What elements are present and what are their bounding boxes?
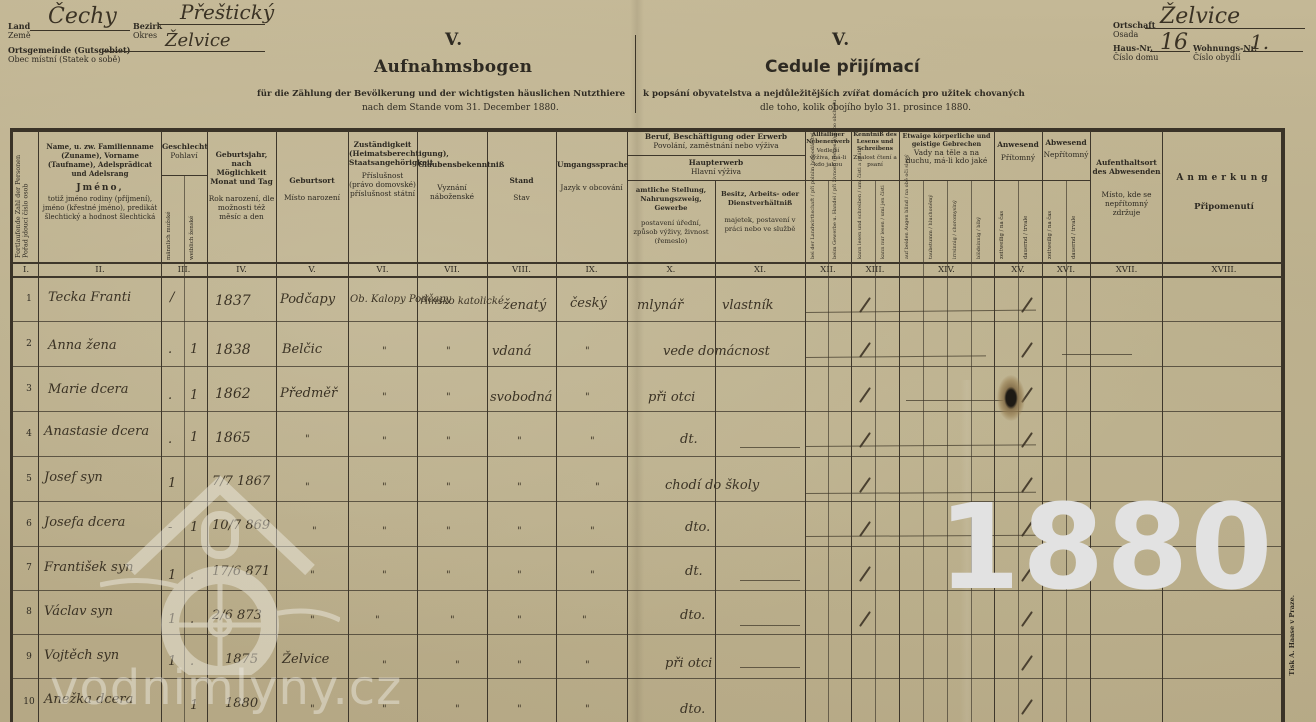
domicile: " [382, 482, 387, 493]
domicile: " [382, 570, 387, 581]
col-XVI-number: XVI. [1043, 265, 1089, 275]
title-de: Aufnahmsbogen [374, 57, 532, 77]
ortschaft-value: Želvice [1160, 4, 1240, 29]
person-name: Anna žena [48, 338, 117, 353]
col-V-number: V. [277, 265, 347, 275]
col-VII-number: VII. [418, 265, 486, 275]
marital-status: svobodná [490, 390, 552, 405]
land-label-de: Land [8, 22, 30, 31]
col-I-header: Fortlaufende Zahl der PersonenPořad jdou… [15, 140, 30, 258]
land-label-cz: Země [8, 31, 31, 40]
person-name: Tecka Franti [48, 290, 131, 305]
domicile: " [382, 436, 387, 447]
col-XVII-number: XVII. [1092, 265, 1161, 275]
col-IV-header: Geburtsjahr, nach Möglichkeit Monat und … [208, 150, 275, 221]
occupation: při otci [665, 656, 712, 671]
col-VIII-number: VIII. [488, 265, 555, 275]
religion: římsko katolické [420, 296, 504, 307]
col-XIV-sub-1: auf beiden Augen blind / na obě oči slep… [904, 185, 910, 259]
col-X-XI-group-header: Beruf, Beschäftigung oder Erwerb Povolán… [628, 132, 804, 150]
religion: " [446, 526, 451, 537]
bezirk-value: Přeštický [180, 0, 274, 24]
col-XVI-sub-2: dauernd / trvale [1071, 215, 1077, 259]
language: " [590, 526, 595, 537]
occupation: při otci [648, 390, 695, 405]
domicile: " [382, 346, 387, 357]
col-X-header: amtliche Stellung, Nahrungszweig, Gewerb… [628, 186, 714, 246]
col-XIII-number: XIII. [852, 265, 898, 275]
marital-status: " [517, 660, 522, 671]
col-XV-header: Anwesend Přítomný [995, 140, 1041, 162]
col-VII-header: Glaubensbekenntniß Vyznání náboženské [418, 160, 486, 201]
marital-status: " [517, 704, 522, 715]
col-III-female-header: weiblich ženské [189, 220, 197, 260]
roman-numeral-de: V. [445, 30, 463, 50]
occupation: dto. [680, 608, 705, 623]
religion: " [446, 346, 451, 357]
language: " [585, 392, 590, 403]
title-cz: Cedule přijímací [765, 57, 920, 77]
col-X-number: X. [628, 265, 714, 275]
birth-year: 1865 [215, 430, 251, 446]
col-XIV-sub-3: irrsinnig / choromyslný [952, 185, 958, 259]
col-XIV-header: Etwaige körperliche und geistige Gebrech… [900, 132, 993, 165]
col-I-number: I. [14, 265, 38, 275]
col-IV-number: IV. [208, 265, 275, 275]
col-XV-sub-2: dauernd / trvale [1023, 215, 1029, 259]
header-divider [635, 35, 636, 113]
birthplace: Podčapy [280, 292, 335, 307]
religion: " [455, 660, 460, 671]
language: český [570, 296, 607, 311]
col-VI-number: VI. [349, 265, 416, 275]
col-XV-number: XV. [995, 265, 1041, 275]
language: " [590, 436, 595, 447]
year-watermark: 1880 [938, 488, 1274, 606]
col-XVI-header: Abwesend Nepřítomný [1043, 138, 1089, 159]
occupation: chodí do školy [665, 478, 759, 493]
marital-status: " [517, 526, 522, 537]
language: " [595, 482, 600, 493]
wohnung-value: 1. [1250, 30, 1269, 54]
col-IX-header: Umgangssprache Jazyk v obcování [557, 160, 626, 192]
land-value: Čechy [48, 4, 117, 29]
occupation: mlynář [637, 298, 683, 313]
sex-male: . [168, 342, 172, 357]
col-XII-number: XII. [806, 265, 850, 275]
language: " [585, 346, 590, 357]
col-XII-sub-2: beim Gewerbe u. Handel / při živnosti (ř… [832, 185, 838, 259]
ortschaft-label-cz: Osada [1113, 30, 1138, 39]
sex-male: . [168, 432, 172, 447]
occupation: dto. [685, 520, 710, 535]
marital-status: vdaná [492, 344, 532, 359]
date-line-cz: dle toho, kolik obojího bylo 31. prosinc… [760, 103, 971, 113]
haus-label-de: Haus-Nr. [1113, 44, 1153, 53]
religion: " [455, 704, 460, 715]
religion: " [446, 482, 451, 493]
person-name: Marie dcera [48, 382, 129, 397]
birth-year: 1862 [215, 386, 251, 402]
col-V-header: Geburtsort Místo narození [277, 176, 347, 202]
col-XIV-sub-2: taubstumm / hluchoněmý [928, 185, 934, 259]
occupation: dto. [680, 702, 705, 717]
col-XIV-sub-4: blödsinnig / blbý [976, 185, 982, 259]
birthplace: " [305, 434, 310, 445]
language: " [582, 615, 587, 626]
col-XVII-header: Aufenthaltsort des Abwesenden Místo, kde… [1092, 158, 1161, 217]
col-XI-header: Besitz, Arbeits- oder Dienstverhältniß m… [716, 190, 804, 234]
printer-imprint: Tisk A. Haase v Praze. [1288, 595, 1296, 676]
col-XV-sub-1: zeitweilig / na čas [999, 215, 1005, 259]
birthplace: Belčic [282, 342, 322, 357]
subtitle-de: für die Zählung der Bevölkerung und der … [257, 89, 625, 99]
sex-female: 1 [190, 430, 198, 445]
sex-male: / [170, 290, 174, 305]
language: " [585, 704, 590, 715]
col-II-number: II. [40, 265, 160, 275]
marital-status: " [517, 570, 522, 581]
religion: " [446, 570, 451, 581]
col-III-male-header: männlich mužské [166, 220, 174, 260]
col-II-header: Name, u. zw. Familienname (Zuname), Vorn… [40, 142, 160, 222]
sex-female: 1 [190, 388, 198, 403]
col-VI-header: Zuständigkeit (Heimatsberechtigung), Sta… [349, 140, 416, 198]
col-XIV-number: XIV. [900, 265, 993, 275]
col-XVIII-header: Anmerkung Připomenutí [1164, 174, 1284, 212]
person-name: Anastasie dcera [44, 424, 149, 439]
wohnung-label-cz: Číslo obydlí [1193, 53, 1240, 62]
bezirk-label-cz: Okres [133, 31, 157, 40]
ink-stain [997, 375, 1025, 421]
marital-status: " [517, 436, 522, 447]
roman-numeral-cz: V. [832, 30, 850, 50]
haus-label-cz: Číslo domu [1113, 53, 1158, 62]
domicile: " [382, 392, 387, 403]
sex-female: 1 [190, 342, 198, 357]
marital-status: ženatý [503, 298, 546, 313]
religion: " [446, 436, 451, 447]
ortsgemeinde-value: Želvice [165, 30, 231, 51]
ortsgemeinde-label-cz: Obec místní (Statek o sobě) [8, 55, 120, 64]
person-name: Josef syn [44, 470, 103, 485]
col-III-header: Geschlecht Pohlaví [162, 142, 206, 160]
occupation: vede domácnost [663, 344, 770, 359]
domicile: " [382, 526, 387, 537]
sex-male: . [168, 388, 172, 403]
birth-year: 1838 [215, 342, 251, 358]
birth-year: 1837 [215, 293, 251, 309]
occupation: dt. [680, 432, 698, 447]
haus-value: 16 [1160, 30, 1188, 55]
employment-position: vlastník [722, 298, 774, 313]
col-XIII-sub-2: kann nur lesen / umí jen čísti [880, 185, 886, 259]
birthplace: Předměř [280, 386, 337, 401]
col-XI-number: XI. [716, 265, 804, 275]
domicile: " [375, 615, 380, 626]
date-line-de: nach dem Stande vom 31. December 1880. [362, 103, 559, 113]
col-III-number: III. [162, 265, 206, 275]
col-XII-sub-1: bei der Landwirthschaft / při polním hos… [810, 185, 816, 259]
marital-status: " [517, 482, 522, 493]
col-XIII-sub-1: kann lesen und schreiben / umí čísti a p… [857, 185, 863, 259]
mill-logo-watermark-icon [100, 475, 340, 675]
col-XVI-sub-1: zeitweilig / na čas [1047, 215, 1053, 259]
religion: " [450, 615, 455, 626]
col-X-XI-subgroup-header: Haupterwerb Hlavní výživa [628, 158, 804, 176]
col-XVIII-number: XVIII. [1164, 265, 1284, 275]
col-IX-number: IX. [557, 265, 626, 275]
language: " [590, 570, 595, 581]
language: " [585, 660, 590, 671]
occupation: dt. [685, 564, 703, 579]
site-watermark: vodnimlyny.cz [50, 660, 402, 716]
subtitle-cz: k popsání obyvatelstva a nejdůležitějšíc… [643, 89, 1025, 99]
col-VIII-header: Stand Stav [488, 176, 555, 202]
marital-status: " [517, 615, 522, 626]
religion: " [446, 392, 451, 403]
